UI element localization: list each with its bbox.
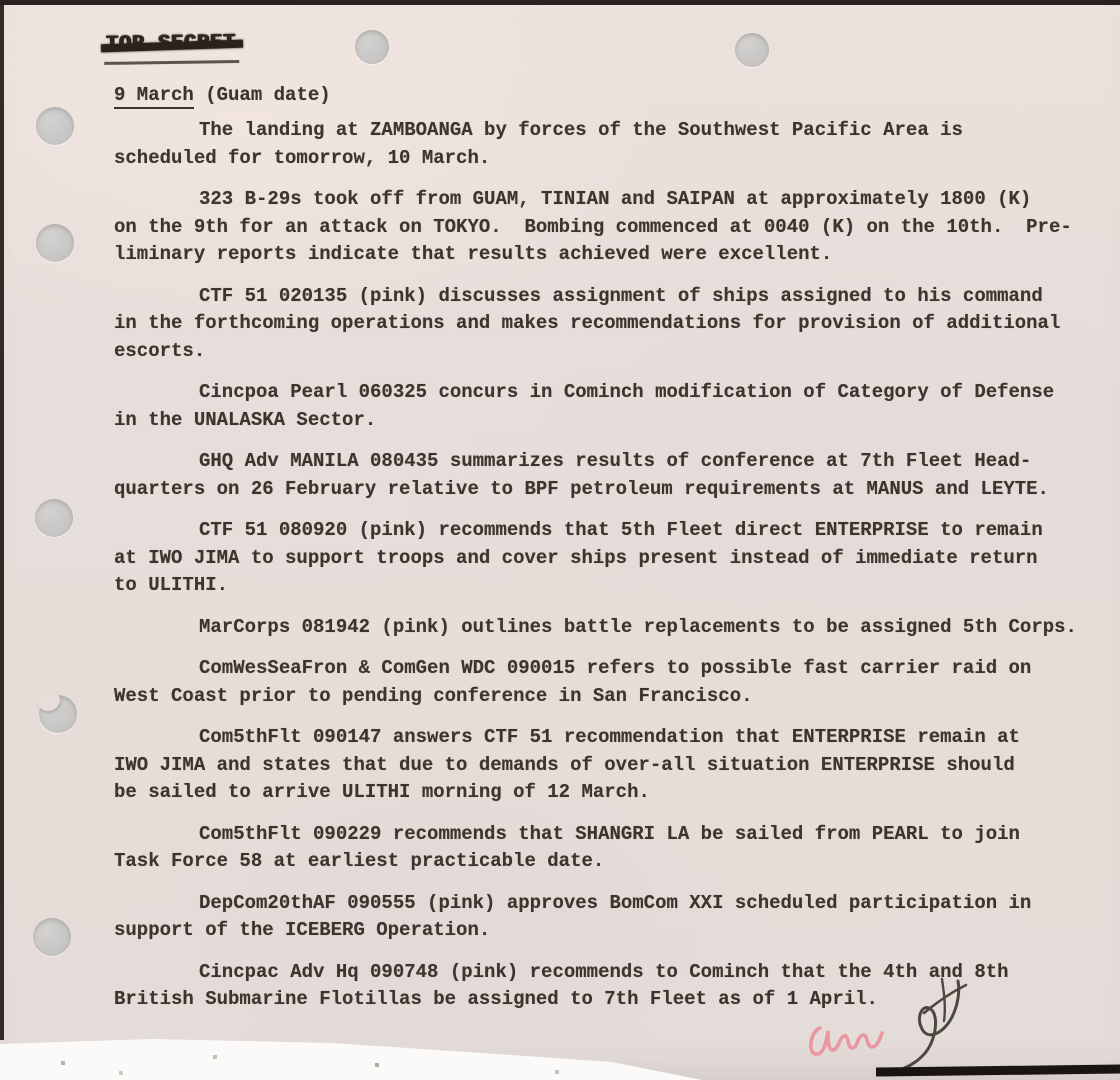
heading-suffix: (Guam date) [194, 84, 331, 106]
punch-hole [36, 107, 74, 145]
paragraph: Com5thFlt 090229 recommends that SHANGRI… [114, 821, 1092, 876]
paper-flap [36, 689, 60, 711]
paragraph: CTF 51 020135 (pink) discusses assignmen… [114, 283, 1092, 366]
document-body: TOP SECRET 9 March (Guam date) The landi… [114, 30, 1092, 1028]
paragraph: MarCorps 081942 (pink) outlines battle r… [114, 614, 1092, 642]
punch-hole [36, 224, 74, 262]
paragraph: Cincpoa Pearl 060325 concurs in Cominch … [114, 379, 1092, 434]
paragraph: The landing at ZAMBOANGA by forces of th… [114, 117, 1092, 172]
scan-edge-left [0, 4, 4, 1040]
scanned-page: TOP SECRET 9 March (Guam date) The landi… [0, 0, 1120, 1080]
paragraph: 323 B-29s took off from GUAM, TINIAN and… [114, 186, 1092, 269]
punch-hole [35, 499, 73, 537]
heading-date-underlined: 9 March [114, 84, 194, 109]
punch-hole [33, 918, 71, 956]
punch-hole-torn [39, 695, 77, 733]
paragraph: CTF 51 080920 (pink) recommends that 5th… [114, 517, 1092, 600]
date-heading: 9 March (Guam date) [114, 82, 1092, 110]
paragraph: Com5thFlt 090147 answers CTF 51 recommen… [114, 724, 1092, 807]
paragraph: Cincpac Adv Hq 090748 (pink) recommends … [114, 959, 1092, 1014]
scan-edge-top [0, 0, 1120, 5]
classification-stamp: TOP SECRET [106, 29, 236, 58]
paragraph: DepCom20thAF 090555 (pink) approves BomC… [114, 890, 1092, 945]
paragraph: GHQ Adv MANILA 080435 summarizes results… [114, 448, 1092, 503]
paragraph: ComWesSeaFron & ComGen WDC 090015 refers… [114, 655, 1092, 710]
